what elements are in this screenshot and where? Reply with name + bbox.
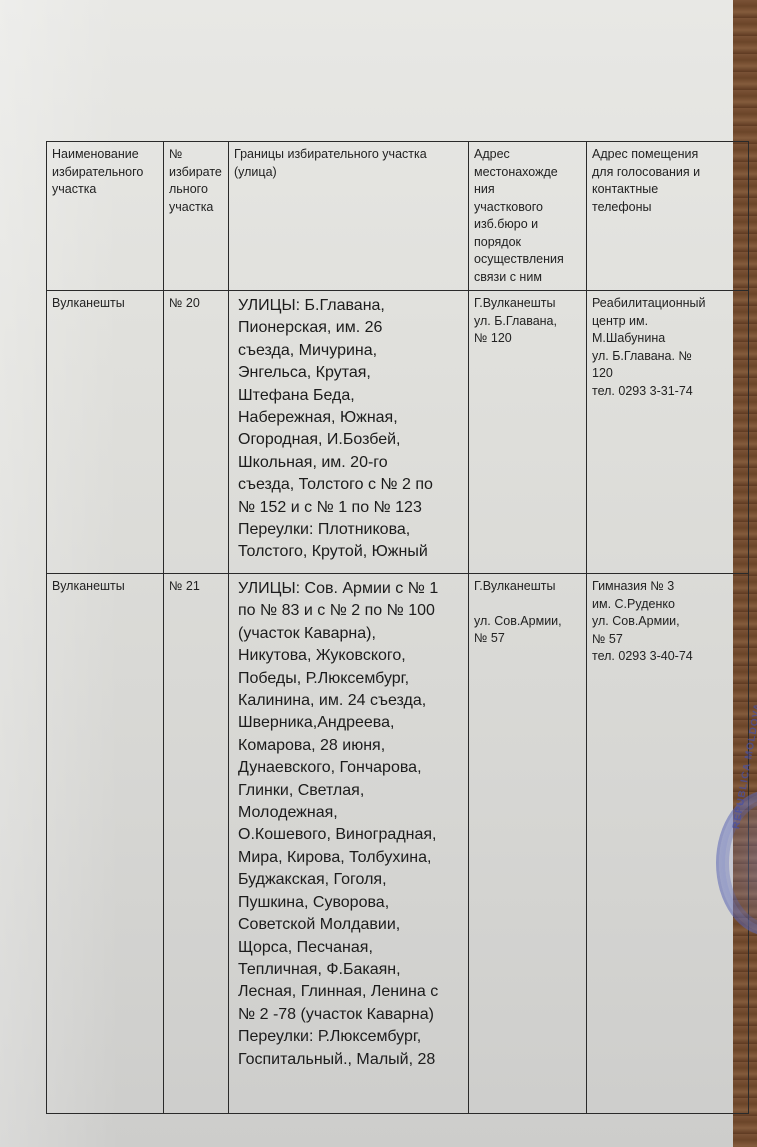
text-line: (улица)	[234, 164, 463, 182]
text-line: Глинки, Светлая,	[238, 780, 463, 802]
text-line: для голосования и	[592, 164, 743, 182]
text-line: М.Шабунина	[592, 330, 743, 348]
text-line: избирательного	[52, 164, 158, 182]
station-name: Вулканешты	[47, 574, 164, 1114]
text-line: № 57	[474, 630, 581, 648]
text-line: Буджакская, Гоголя,	[238, 869, 463, 891]
text-line: Молодежная,	[238, 802, 463, 824]
text-line: съезда, Толстого с № 2 по	[238, 474, 463, 496]
text-line: тел. 0293 3-31-74	[592, 383, 743, 401]
text-line: №	[169, 146, 223, 164]
text-line: Пионерская, им. 26	[238, 317, 463, 339]
text-line: порядок	[474, 234, 581, 252]
text-line: № 57	[592, 631, 743, 649]
text-line: Победы, Р.Люксембург,	[238, 668, 463, 690]
text-line: № 152 и с № 1 по № 123	[238, 497, 463, 519]
text-line: УЛИЦЫ: Сов. Армии с № 1	[238, 578, 463, 600]
text-line: участка	[52, 181, 158, 199]
text-line: (участок Каварна),	[238, 623, 463, 645]
bureau-address: Г.Вулканештыул. Сов.Армии,№ 57	[469, 574, 587, 1114]
text-line: УЛИЦЫ: Б.Главана,	[238, 295, 463, 317]
text-line: по № 83 и с № 2 по № 100	[238, 600, 463, 622]
text-line: Набережная, Южная,	[238, 407, 463, 429]
header-bureau-address: Адресместонахожденияучастковогоизб.бюро …	[469, 142, 587, 291]
text-line: участкового	[474, 199, 581, 217]
text-line: участка	[169, 199, 223, 217]
text-line: избирате	[169, 164, 223, 182]
text-line: Советской Молдавии,	[238, 914, 463, 936]
header-boundaries: Границы избирательного участка(улица)	[229, 142, 469, 291]
station-boundaries: УЛИЦЫ: Сов. Армии с № 1по № 83 и с № 2 п…	[229, 574, 469, 1114]
station-number: № 20	[164, 291, 229, 574]
text-line: местонахожде	[474, 164, 581, 182]
header-station-number: №избирательногоучастка	[164, 142, 229, 291]
text-line: О.Кошевого, Виноградная,	[238, 824, 463, 846]
text-line: осуществления	[474, 251, 581, 269]
text-line: Границы избирательного участка	[234, 146, 463, 164]
polling-stations-table: Наименованиеизбирательногоучастка №избир…	[46, 141, 749, 1114]
text-line: Шверника,Андреева,	[238, 712, 463, 734]
station-number: № 21	[164, 574, 229, 1114]
text-line: Школьная, им. 20-го	[238, 452, 463, 474]
text-line: Адрес	[474, 146, 581, 164]
text-line: им. С.Руденко	[592, 596, 743, 614]
text-line: Реабилитационный	[592, 295, 743, 313]
text-line: Толстого, Крутой, Южный	[238, 541, 463, 563]
table-row: Вулканешты № 20 УЛИЦЫ: Б.Главана,Пионерс…	[47, 291, 749, 574]
station-name: Вулканешты	[47, 291, 164, 574]
text-line: Пушкина, Суворова,	[238, 892, 463, 914]
text-line: ул. Сов.Армии,	[592, 613, 743, 631]
text-line: ния	[474, 181, 581, 199]
text-line: телефоны	[592, 199, 743, 217]
text-line: Комарова, 28 июня,	[238, 735, 463, 757]
text-line: льного	[169, 181, 223, 199]
text-line: ул. Б.Главана. №	[592, 348, 743, 366]
text-line: Никутова, Жуковского,	[238, 645, 463, 667]
text-line: Мира, Кирова, Толбухина,	[238, 847, 463, 869]
text-line: Энгельса, Крутая,	[238, 362, 463, 384]
text-line: ул. Б.Главана,	[474, 313, 581, 331]
text-line: Огородная, И.Бозбей,	[238, 429, 463, 451]
text-line: Наименование	[52, 146, 158, 164]
text-line: Гимназия № 3	[592, 578, 743, 596]
text-line: № 120	[474, 330, 581, 348]
text-line: Г.Вулканешты	[474, 295, 581, 313]
text-line: Калинина, им. 24 съезда,	[238, 690, 463, 712]
table-header-row: Наименованиеизбирательногоучастка №избир…	[47, 142, 749, 291]
text-line: Переулки: Плотникова,	[238, 519, 463, 541]
text-line: Тепличная, Ф.Бакаян,	[238, 959, 463, 981]
text-line: центр им.	[592, 313, 743, 331]
text-line: Г.Вулканешты	[474, 578, 581, 596]
polling-address: Реабилитационныйцентр им.М.Шабунинаул. Б…	[587, 291, 749, 574]
text-line: Лесная, Глинная, Ленина с	[238, 981, 463, 1003]
text-line: Штефана Беда,	[238, 385, 463, 407]
text-line: связи с ним	[474, 269, 581, 287]
text-line: 120	[592, 365, 743, 383]
text-line: ул. Сов.Армии,	[474, 613, 581, 631]
bureau-address: Г.Вулканешты ул. Б.Главана,№ 120	[469, 291, 587, 574]
header-station-name: Наименованиеизбирательногоучастка	[47, 142, 164, 291]
text-line: № 2 -78 (участок Каварна)	[238, 1004, 463, 1026]
table-row: Вулканешты № 21 УЛИЦЫ: Сов. Армии с № 1п…	[47, 574, 749, 1114]
text-line: изб.бюро и	[474, 216, 581, 234]
text-line	[474, 596, 581, 613]
text-line: Госпитальный., Малый, 28	[238, 1049, 463, 1071]
station-boundaries: УЛИЦЫ: Б.Главана,Пионерская, им. 26съезд…	[229, 291, 469, 574]
text-line: тел. 0293 3-40-74	[592, 648, 743, 666]
text-line: Дунаевского, Гончарова,	[238, 757, 463, 779]
header-polling-address: Адрес помещениядля голосования иконтактн…	[587, 142, 749, 291]
text-line: Щорса, Песчаная,	[238, 937, 463, 959]
text-line: контактные	[592, 181, 743, 199]
text-line: Переулки: Р.Люксембург,	[238, 1026, 463, 1048]
text-line: Адрес помещения	[592, 146, 743, 164]
text-line: съезда, Мичурина,	[238, 340, 463, 362]
